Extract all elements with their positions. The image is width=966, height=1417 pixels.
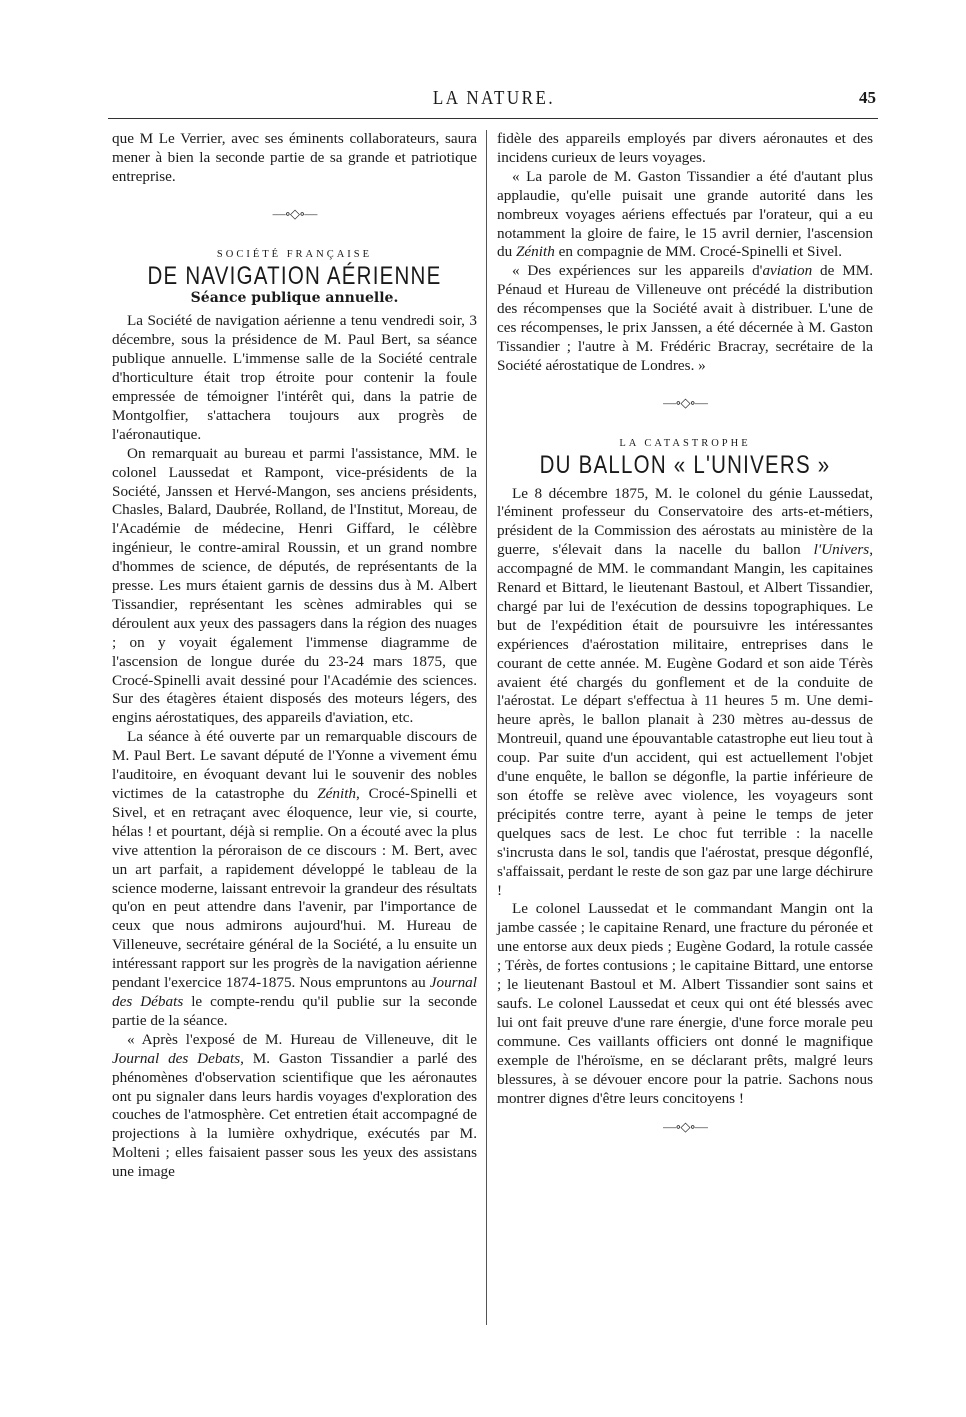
text-run: « Des expériences sur les appareils d' xyxy=(512,262,762,279)
paragraph: « Des expériences sur les appareils d'av… xyxy=(497,262,873,375)
italic-title: l'Univers xyxy=(814,541,870,558)
italic-title: Zénith xyxy=(317,785,356,802)
left-column: que M Le Verrier, avec ses éminents coll… xyxy=(112,130,477,1182)
journal-page: LA NATURE. 45 que M Le Verrier, avec ses… xyxy=(0,0,966,1417)
right-column: fidèle des appareils employés par divers… xyxy=(497,130,873,1137)
text-run: , Crocé-Spinelli et Sivel, et en retraça… xyxy=(112,785,477,991)
text-run: , accompagné de MM. le commandant Mangin… xyxy=(497,541,873,898)
paragraph: La séance à été ouverte par un remarquab… xyxy=(112,728,477,1031)
article-subhead: Séance publique annuelle. xyxy=(112,289,477,308)
page-number: 45 xyxy=(859,88,876,108)
text-run: « Après l'exposé de M. Hureau de Villene… xyxy=(127,1031,477,1048)
article-catastrophe-univers: LA CATASTROPHE DU BALLON « L'UNIVERS » L… xyxy=(497,435,873,1138)
ornament-divider: —∘◇∘— xyxy=(112,205,477,224)
paragraph: Le colonel Laussedat et le commandant Ma… xyxy=(497,900,873,1108)
paragraph: Le 8 décembre 1875, M. le colonel du gén… xyxy=(497,485,873,901)
ornament-divider: —∘◇∘— xyxy=(497,394,873,413)
end-ornament: —∘◇∘— xyxy=(497,1118,873,1137)
paragraph: « La parole de M. Gaston Tissandier a ét… xyxy=(497,168,873,263)
paragraph: La Société de navigation aérienne a tenu… xyxy=(112,312,477,444)
text-run: en compagnie de MM. Crocé-Spinelli et Si… xyxy=(555,243,842,260)
running-head: LA NATURE. 45 xyxy=(112,88,876,110)
article-headline: DE NAVIGATION AÉRIENNE xyxy=(145,267,444,286)
italic-title: Zénith xyxy=(516,243,555,260)
paragraph: On remarquait au bureau et parmi l'assis… xyxy=(112,445,477,729)
continuation-paragraph: que M Le Verrier, avec ses éminents coll… xyxy=(112,130,477,187)
column-separator xyxy=(486,130,487,1325)
article-navigation-aerienne: SOCIÉTÉ FRANÇAISE DE NAVIGATION AÉRIENNE… xyxy=(112,246,477,1182)
article-headline: DU BALLON « L'UNIVERS » xyxy=(531,456,839,475)
paragraph: fidèle des appareils employés par divers… xyxy=(497,130,873,168)
text-run: , M. Gaston Tissandier a parlé des phéno… xyxy=(112,1050,477,1180)
italic-term: aviation xyxy=(762,262,812,279)
italic-title: Journal des Debats xyxy=(112,1050,240,1067)
running-title: LA NATURE. xyxy=(112,87,876,110)
header-rule xyxy=(108,118,878,119)
paragraph: « Après l'exposé de M. Hureau de Villene… xyxy=(112,1031,477,1182)
